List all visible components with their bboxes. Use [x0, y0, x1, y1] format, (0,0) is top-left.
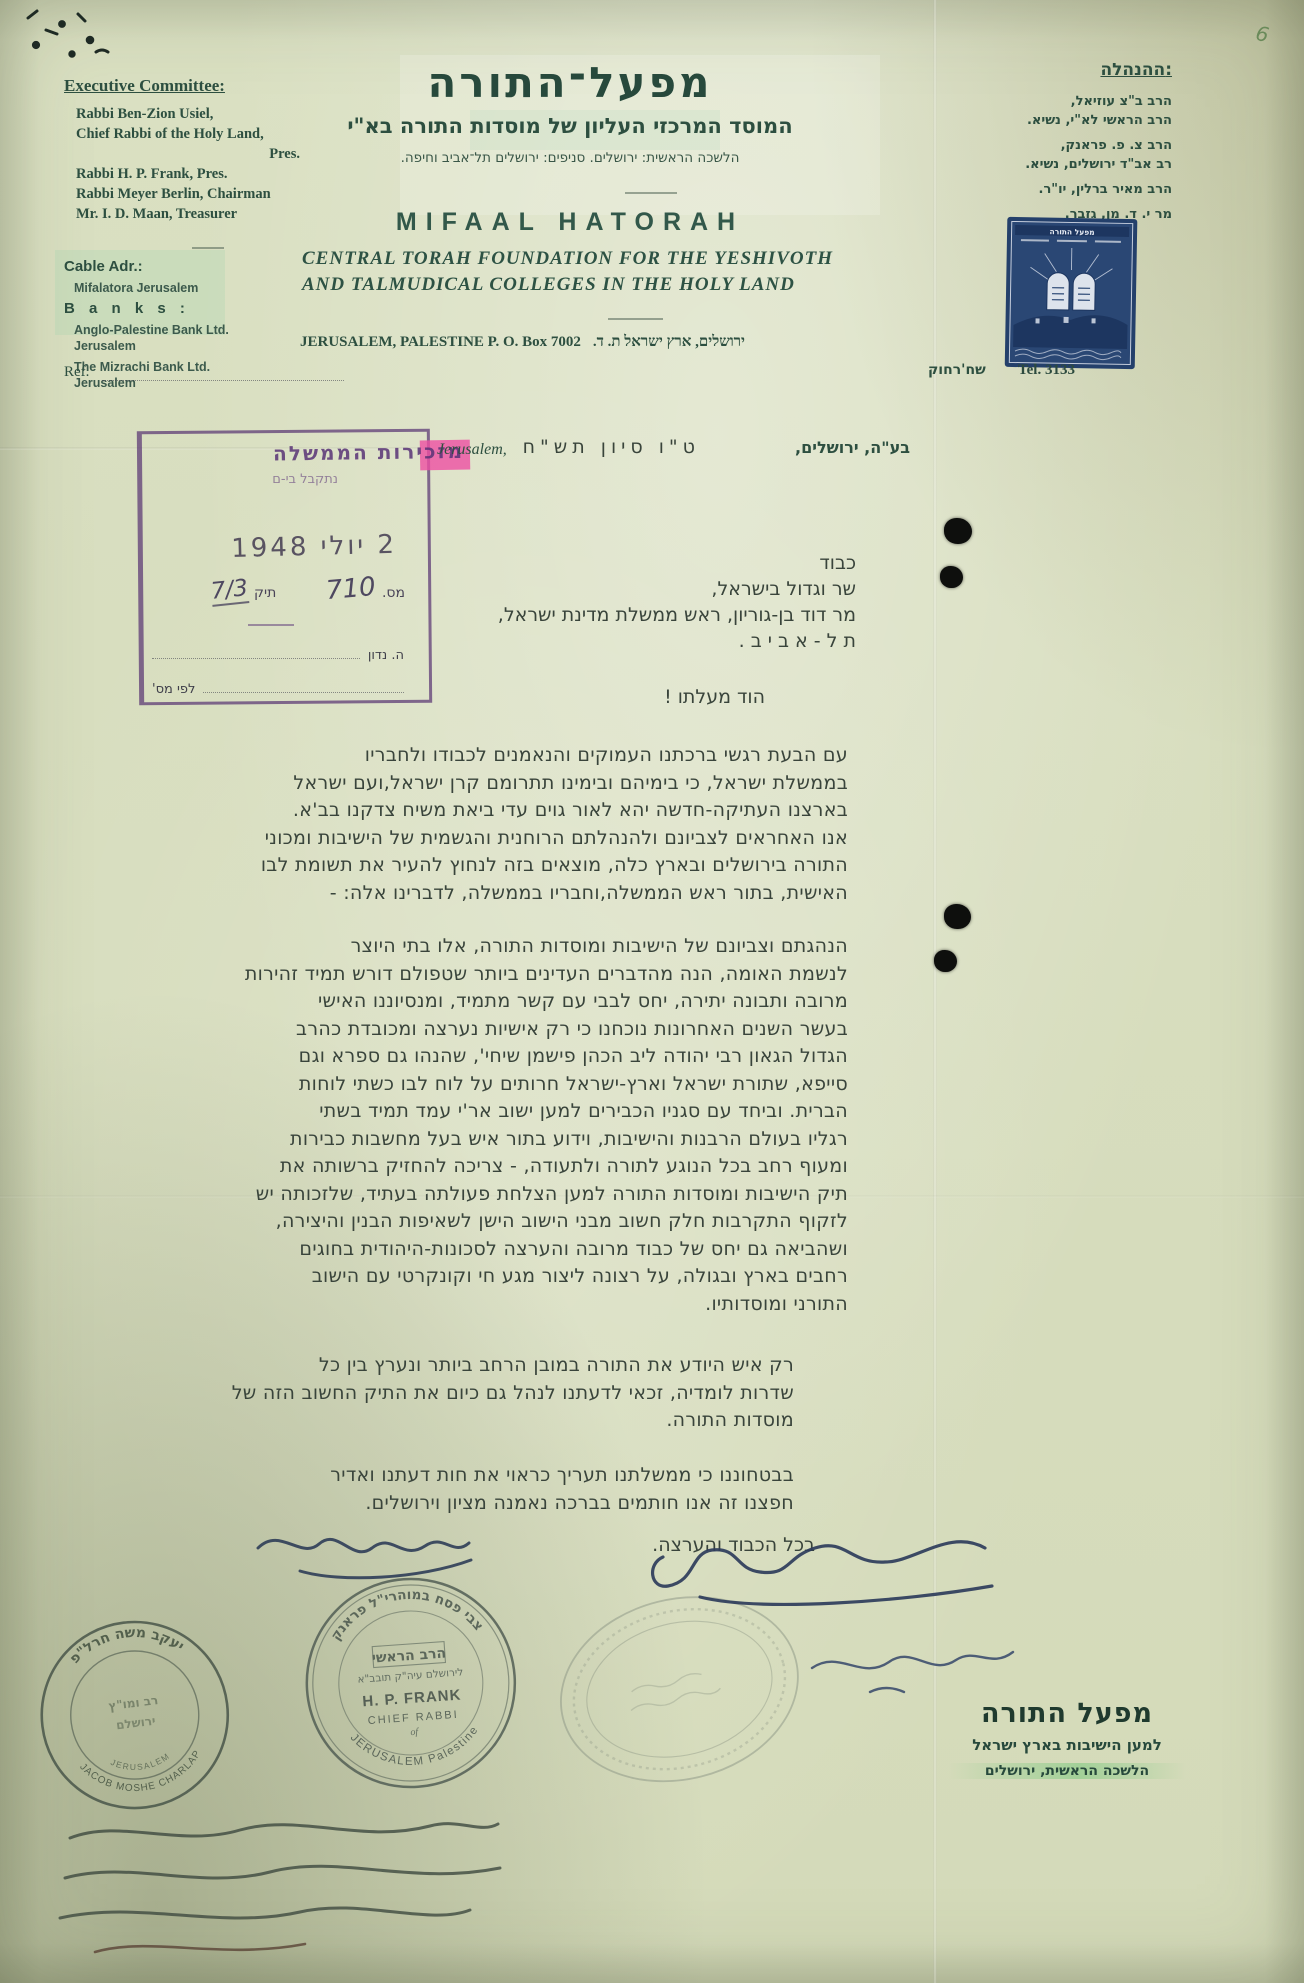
divider-dash: [625, 192, 677, 194]
received-stamp-header: מזכירות הממשלה: [162, 439, 464, 467]
divider-dash: [608, 318, 663, 320]
recipient-line: כבוד: [430, 550, 856, 576]
organization-subtitle-english-1: CENTRAL TORAH FOUNDATION FOR THE YESHIVO…: [302, 248, 833, 270]
emblem-label: מפעל התורה: [1050, 227, 1095, 237]
received-number-row: מס. 710 תיק 7/3: [150, 574, 405, 605]
frank-stamp-of: of: [410, 1727, 420, 1739]
refnum-dotted-line: [203, 680, 404, 693]
closing-line: בכל הכבוד והערצה.: [630, 1534, 815, 1556]
footer-office-line: הלשכה הראשית, ירושלים: [948, 1763, 1186, 1779]
body-line: בממשלת ישראל, כי בימיהם ובימינו תתרומם ק…: [92, 770, 906, 798]
management-list: הרב ב"צ עוזיאל,הרב הראשי לא"י, נשיא.הרב …: [972, 92, 1172, 224]
body-paragraph-4: בבטחוננו כי ממשלתנו תעריך כראוי את חות ד…: [92, 1462, 906, 1517]
body-line: רחבים בארץ ובגולה, על רצונה ליצור מגע חי…: [92, 1263, 906, 1291]
charlap-stamp-arc-bottom: JACOB MOSHE CHARLAP: [77, 1747, 208, 1801]
committee-member: Rabbi Ben-Zion Usiel,: [76, 104, 326, 124]
footer-tagline: למען הישיבות בארץ ישראל: [948, 1736, 1186, 1754]
body-line: חפצנו זה אנו חותמים בברכה נאמנה מציון וי…: [92, 1490, 906, 1518]
frank-stamp-arc-top: צבי פסח במוהרי"ל פראנק: [325, 1582, 487, 1645]
organization-title-hebrew: מפעל־התורה: [310, 58, 830, 107]
footer-block: מפעל התורה למען הישיבות בארץ ישראל הלשכה…: [948, 1698, 1186, 1779]
date-place-english: Jerusalem,: [437, 441, 507, 459]
footer-org-name: מפעל התורה: [948, 1698, 1186, 1729]
body-line: עם הבעת רגשי ברכתנו העמוקים והנאמנים לכב…: [92, 742, 906, 770]
body-line: שדרות לומדיה, זכאי לדעתנו לנהל גם כיום א…: [92, 1380, 906, 1408]
telephone-english: Tel. 3133: [1018, 362, 1075, 379]
refnum-label: לפי מס': [152, 682, 195, 697]
body-line: ומעוף רחב בכל הנוגע לתורה ולתעודה, - צרי…: [92, 1153, 906, 1181]
management-member: רב אב"ד ירושלים, נשיא.: [972, 155, 1172, 174]
received-date-stamp: 2 יולי 1948: [222, 530, 398, 565]
banks-list: Anglo-Palestine Bank Ltd.JerusalemThe Mi…: [64, 322, 264, 396]
body-line: רק איש היודע את התורה במובן הרחב ביותר ו…: [92, 1352, 906, 1380]
svg-text:JACOB MOSHE CHARLAP: JACOB MOSHE CHARLAP: [77, 1747, 208, 1801]
body-paragraph-3: רק איש היודע את התורה במובן הרחב ביותר ו…: [92, 1352, 906, 1435]
corner-ink-marks: [28, 11, 108, 56]
body-line: התורני ומוסדותיו.: [92, 1291, 906, 1319]
committee-member: Pres.: [76, 144, 326, 164]
body-line: בעשר השנים האחרונות נוכחנו כי רק אישיות …: [92, 1016, 906, 1044]
body-line: סייפא, שתורת ישראל וארץ-ישראל חרותים על …: [92, 1071, 906, 1099]
organization-subtitle-english-2: AND TALMUDICAL COLLEGES IN THE HOLY LAND: [302, 274, 795, 296]
committee-member: Mr. I. D. Maan, Treasurer: [76, 204, 326, 224]
frank-stamp-line2: לירושלם עיה"ק תובב"א: [357, 1666, 464, 1685]
recipient-line: ת ל - א ב י ב .: [430, 628, 856, 654]
management-member: הרב מאיר ברלין, יו"ר.: [972, 180, 1172, 199]
management-member: הרב צ. פ. פראנק,: [972, 136, 1172, 155]
subject-dotted-line: [152, 646, 360, 659]
address-hebrew: ירושלים, ארץ ישראל ת. ד.: [593, 334, 745, 351]
charlap-stamp-center2: ירושלם: [115, 1714, 156, 1733]
punch-hole: [934, 950, 957, 972]
executive-committee-list: Rabbi Ben-Zion Usiel,Chief Rabbi of the …: [76, 104, 326, 224]
handwritten-note-bottom: [60, 1824, 500, 1918]
date-greeting-hebrew: בע"ה, ירושלים,: [778, 438, 910, 457]
chief-rabbi-frank-stamp: צבי פסח במוהרי"ל פראנק הרב הראשי לירושלם…: [288, 1558, 534, 1812]
subject-row: ה. נדון: [152, 646, 404, 663]
body-line: לנשמת האומה, הנה מהדברים העדינים ביותר ש…: [92, 961, 906, 989]
punch-hole: [940, 566, 963, 588]
fold-crease: [933, 0, 937, 1983]
charlap-stamp-center1: רב ומו"ץ: [108, 1693, 159, 1713]
recipient-line: מר דוד בן-גוריון, ראש ממשלת מדינת ישראל,: [430, 602, 856, 628]
body-line: ושהביאה גם יחס של כבוד מרובה והערצה לסכו…: [92, 1236, 906, 1264]
punch-hole: [944, 518, 972, 544]
body-line: הגדול הגאון רבי יהודה ליב הכהן פישמן שיח…: [92, 1043, 906, 1071]
stamp-divider-dash: [248, 624, 294, 626]
management-member: הרב ב"צ עוזיאל,: [972, 92, 1172, 111]
ref-number-row: לפי מס': [152, 680, 404, 697]
number-label: מס.: [382, 585, 405, 601]
management-member: הרב הראשי לא"י, נשיא.: [972, 111, 1172, 130]
offices-line-hebrew: הלשכה הראשית: ירושלים. סניפים: ירושלים ת…: [310, 150, 830, 166]
body-line: לזקוף התקרבות חלק חשוב מבני הישוב הישן ל…: [92, 1208, 906, 1236]
body-paragraph-1: עם הבעת רגשי ברכתנו העמוקים והנאמנים לכב…: [92, 742, 906, 907]
punch-hole: [944, 904, 971, 929]
typed-date-hebrew: ט"ו סיון תש"ח: [520, 436, 700, 458]
organization-subtitle-hebrew: המוסד המרכזי העליון של מוסדות התורה בא"י: [310, 114, 830, 138]
scanned-letter-page: Executive Committee: Rabbi Ben-Zion Usie…: [0, 0, 1304, 1983]
body-line: התורה בירושלים ובארץ כלה, מוצאים בזה לנח…: [92, 852, 906, 880]
body-line: בארצנו העתיקה-חדשה יהא לאור גוים עדי ביא…: [92, 797, 906, 825]
corner-pencil-mark: 6: [1254, 21, 1271, 47]
cable-address-value: Mifalatora Jerusalem: [64, 280, 198, 296]
subject-label: ה. נדון: [368, 648, 404, 663]
received-stamp-subline: נתקבל בי-ם: [228, 472, 338, 487]
telephone-hebrew: שח'רחוק: [928, 362, 986, 378]
committee-member: Rabbi Meyer Berlin, Chairman: [76, 184, 326, 204]
body-line: אנו האחראים לצביונם ולהנהלתם הרוחנית והג…: [92, 825, 906, 853]
handwritten-note-red: [95, 1944, 305, 1952]
body-line: הנהגתם וצביונם של הישיבות ומוסדות התורה,…: [92, 933, 906, 961]
committee-member: Chief Rabbi of the Holy Land,: [76, 124, 326, 144]
divider-dash: [192, 247, 224, 249]
file-value-handwritten: 7/3: [210, 575, 250, 607]
handwritten-note-right: [812, 1652, 1013, 1692]
body-paragraph-2: הנהגתם וצביונם של הישיבות ומוסדות התורה,…: [92, 933, 906, 1318]
number-value-handwritten: 710: [325, 572, 377, 606]
frank-stamp-title: CHIEF RABBI: [367, 1709, 459, 1727]
organization-emblem: מפעל התורה: [1005, 217, 1138, 373]
frank-stamp-name: H. P. FRANK: [362, 1687, 462, 1711]
recipient-block: כבודשר וגדול בישראל,מר דוד בן-גוריון, רא…: [430, 550, 856, 654]
received-stamp-box: [137, 429, 432, 706]
cable-address-label: Cable Adr.:: [64, 258, 143, 275]
file-label: תיק: [254, 585, 276, 601]
executive-committee-title: Executive Committee:: [64, 76, 225, 96]
ref-dotted-line: [102, 366, 344, 381]
bank-line: Jerusalem: [64, 338, 264, 354]
rabbi-charlap-stamp: יעקב משה חרל"פ רב ומו"ץ ירושלם JACOB MOS…: [23, 1604, 246, 1831]
salutation: הוד מעלתו !: [645, 686, 765, 708]
body-line: מרובה ותבונה יתירה, יחס לבבי עם קשר מתמי…: [92, 988, 906, 1016]
management-title: ההנהלה:: [1090, 60, 1172, 80]
address-line: JERUSALEM, PALESTINE P. O. Box 7002 ירוש…: [300, 334, 745, 351]
banks-label: B a n k s :: [64, 300, 190, 317]
body-line: האישית, בתור ראש הממשלה,וחבריו בממשלה, ל…: [92, 880, 906, 908]
body-line: מוסדות התורה.: [92, 1407, 906, 1435]
body-line: תיק הישיבות ומוסדות התורה למען הצלחת פעו…: [92, 1181, 906, 1209]
organization-title-english: MIFAAL HATORAH: [310, 208, 830, 237]
committee-member: Rabbi H. P. Frank, Pres.: [76, 164, 326, 184]
body-line: רגליו בעולם הרבנות והישיבות, וידוע בתור …: [92, 1126, 906, 1154]
body-line: הברית. וביחד עם סגניו הכבירים למען ישוב …: [92, 1098, 906, 1126]
svg-text:צבי פסח במוהרי"ל פראנק: צבי פסח במוהרי"ל פראנק: [325, 1582, 487, 1645]
illegible-oval-stamp: [525, 1553, 835, 1830]
address-english: JERUSALEM, PALESTINE P. O. Box 7002: [300, 334, 581, 351]
body-line: בבטחוננו כי ממשלתנו תעריך כראוי את חות ד…: [92, 1462, 906, 1490]
recipient-line: שר וגדול בישראל,: [430, 576, 856, 602]
bank-line: Anglo-Palestine Bank Ltd.: [64, 322, 264, 338]
ref-label: Ref.: [64, 364, 89, 381]
